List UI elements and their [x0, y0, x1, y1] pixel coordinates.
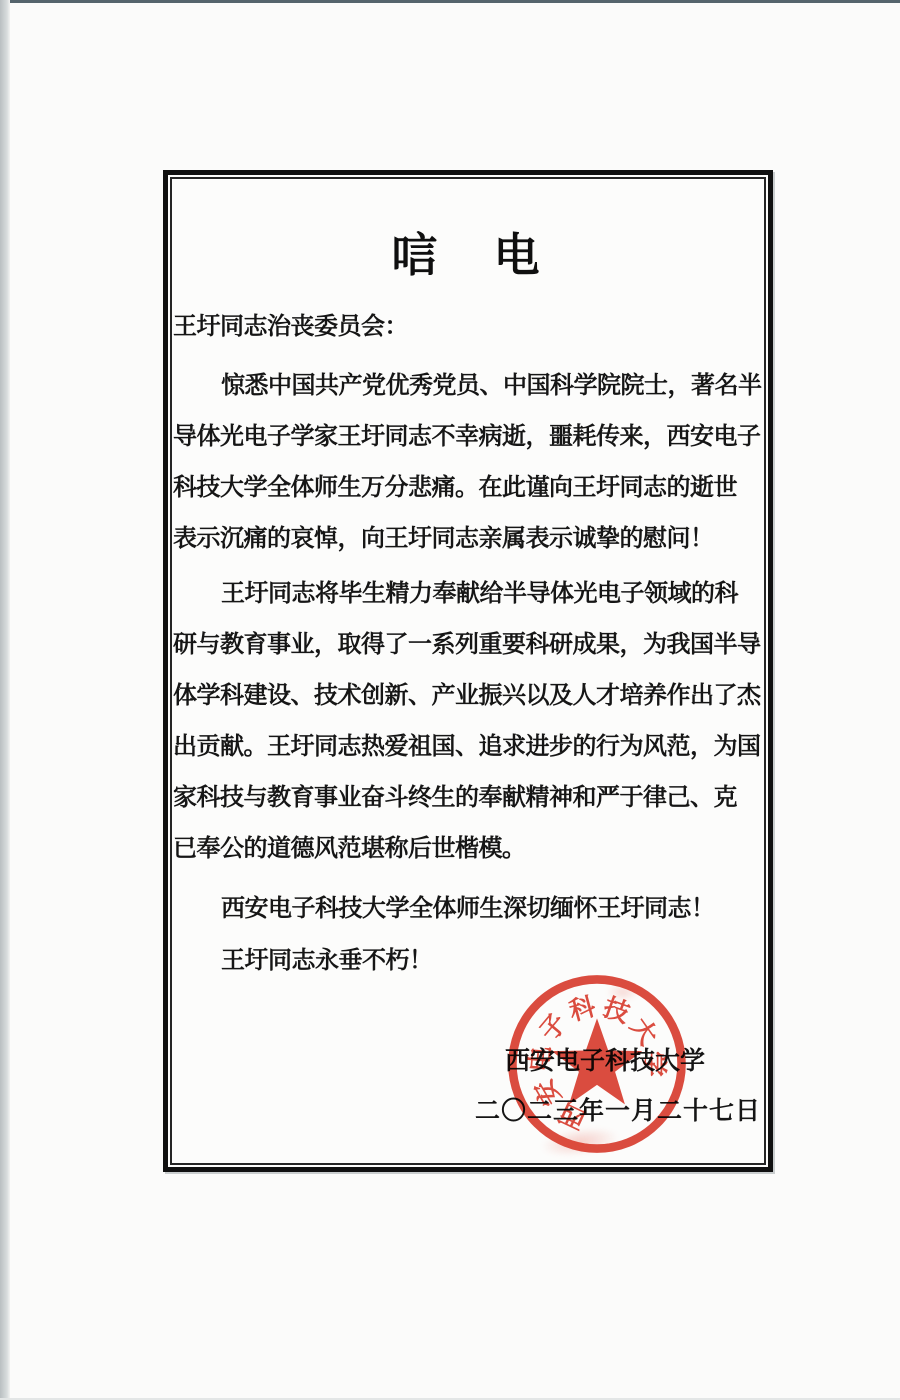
seal-ink-smudge	[606, 982, 640, 1002]
paragraph-3: 西安电子科技大学全体师生深切缅怀王圩同志！	[173, 883, 763, 934]
paragraph-4: 王圩同志永垂不朽！	[173, 935, 763, 986]
paragraph-line: 已奉公的道德风范堪称后世楷模。	[173, 823, 763, 874]
paragraph-line: 体学科建设、技术创新、产业振兴以及人才培养作出了杰	[173, 670, 763, 721]
paragraph-line: 西安电子科技大学全体师生深切缅怀王圩同志！	[173, 883, 763, 934]
scan-edge-left	[0, 0, 10, 1400]
document-frame: 唁 电 王圩同志治丧委员会： 惊悉中国共产党优秀党员、中国科学院院士，著名半 导…	[163, 170, 773, 1172]
signature-date: 二〇二三年一月二十七日	[173, 1086, 763, 1137]
scan-edge-top	[0, 0, 900, 3]
document-content: 唁 电 王圩同志治丧委员会： 惊悉中国共产党优秀党员、中国科学院院士，著名半 导…	[168, 175, 768, 1167]
paragraph-line: 导体光电子学家王圩同志不幸病逝，噩耗传来，西安电子	[173, 411, 763, 462]
paragraph-line: 王圩同志永垂不朽！	[173, 935, 763, 986]
scanned-page: 唁 电 王圩同志治丧委员会： 惊悉中国共产党优秀党员、中国科学院院士，著名半 导…	[0, 0, 900, 1400]
paragraph-1: 惊悉中国共产党优秀党员、中国科学院院士，著名半 导体光电子学家王圩同志不幸病逝，…	[173, 360, 763, 564]
paragraph-2: 王圩同志将毕生精力奉献给半导体光电子领域的科 研与教育事业，取得了一系列重要科研…	[173, 568, 763, 874]
paragraph-line: 家科技与教育事业奋斗终生的奉献精神和严于律己、克	[173, 772, 763, 823]
paragraph-line: 研与教育事业，取得了一系列重要科研成果，为我国半导	[173, 619, 763, 670]
paragraph-line: 表示沉痛的哀悼，向王圩同志亲属表示诚挚的慰问！	[173, 513, 763, 564]
salutation: 王圩同志治丧委员会：	[173, 301, 763, 352]
paragraph-line: 科技大学全体师生万分悲痛。在此谨向王圩同志的逝世	[173, 462, 763, 513]
paragraph-line: 出贡献。王圩同志热爱祖国、追求进步的行为风范，为国	[173, 721, 763, 772]
page-title: 唁 电	[173, 225, 763, 285]
paragraph-line: 惊悉中国共产党优秀党员、中国科学院院士，著名半	[173, 360, 763, 411]
paragraph-line: 王圩同志将毕生精力奉献给半导体光电子领域的科	[173, 568, 763, 619]
signature-org: 西安电子科技大学	[173, 1036, 763, 1087]
